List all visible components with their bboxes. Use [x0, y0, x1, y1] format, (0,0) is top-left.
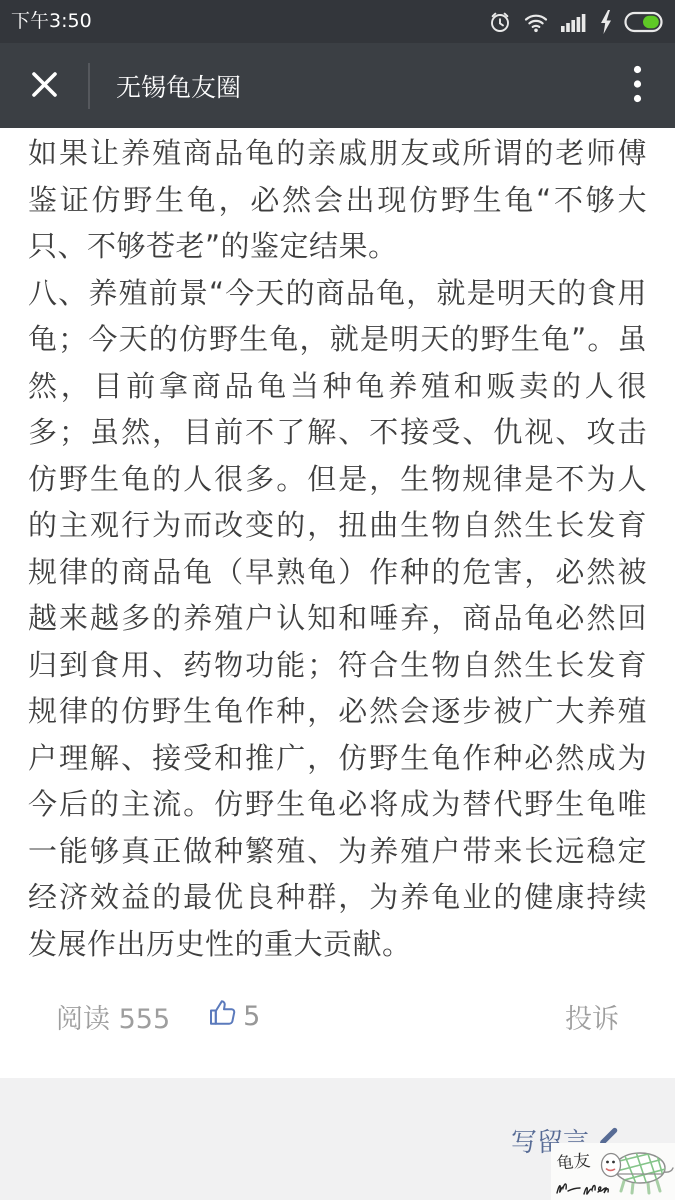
more-menu-icon [633, 65, 642, 106]
nav-bar: 无锡龟友圈 [0, 43, 675, 128]
thumbs-up-icon [206, 997, 238, 1036]
status-bar: 下午3:50 [0, 0, 675, 43]
like-button[interactable]: 5 [206, 997, 260, 1036]
read-count: 阅读 555 [56, 997, 170, 1036]
article-paragraph: 如果让养殖商品龟的亲戚朋友或所谓的老师傅鉴证仿野生龟，必然会出现仿野生龟“不够大… [28, 130, 647, 270]
charging-icon [599, 9, 613, 35]
turtle-watermark: 龟友 [551, 1143, 675, 1200]
turtle-head [602, 1154, 621, 1177]
report-button[interactable]: 投诉 [565, 997, 619, 1036]
watermark-text: 龟友 [556, 1151, 592, 1174]
wifi-icon [523, 10, 549, 34]
signal-strength-icon [560, 10, 588, 34]
page-title: 无锡龟友圈 [116, 68, 633, 104]
article-content: 如果让养殖商品龟的亲戚朋友或所谓的老师傅鉴证仿野生龟，必然会出现仿野生龟“不够大… [0, 128, 675, 1037]
battery-icon [624, 10, 664, 34]
stats-row: 阅读 555 5 投诉 [28, 995, 647, 1037]
comment-area: 写留言 [0, 1078, 675, 1200]
nav-divider [88, 63, 90, 109]
like-count: 5 [243, 1001, 260, 1032]
status-time: 下午3:50 [11, 0, 92, 43]
phone-screen: 下午3:50 [0, 0, 675, 1200]
status-icons [488, 9, 664, 35]
menu-button[interactable] [633, 65, 642, 106]
alarm-icon [488, 10, 512, 34]
close-icon [28, 68, 61, 104]
close-button[interactable] [28, 68, 61, 104]
article-paragraph: 八、养殖前景“今天的商品龟，就是明天的食用龟；今天的仿野生龟，就是明天的野生龟”… [28, 270, 647, 968]
